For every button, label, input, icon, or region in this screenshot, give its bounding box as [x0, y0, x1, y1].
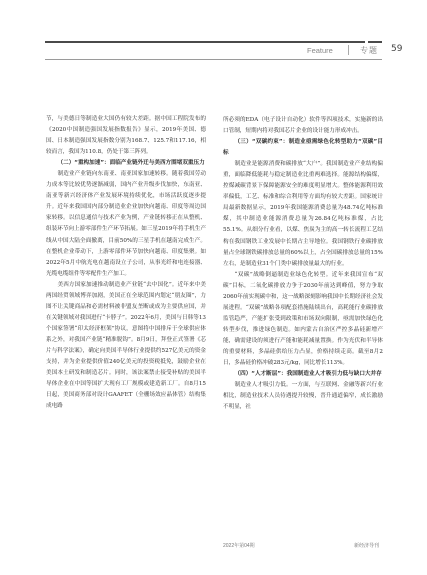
paragraph: 制造业是能源消费和碳排放“大户”。我国制造业产业结构偏重，面临降低能耗与稳定制造… — [223, 159, 383, 269]
paragraph: 节，与美德日等制造业大国仍有较大差距。据中国工程院发布的《2020中国制造强国发… — [46, 114, 206, 158]
header-feature-label: Feature — [307, 46, 333, 55]
section-heading: （二）“重构加速”：面临产业链外迁与美西方围堵双重压力 — [46, 158, 206, 169]
paragraph: 制造业产业链向东南亚、南亚国家加速转移。随着我国劳动力成本等比较优势逐渐减弱，国… — [46, 169, 206, 279]
paragraph: “双碳”战略倒逼制造业绿色化转型。近年来我国宣布“双碳”目标，二氧化碳排放力争于… — [223, 270, 383, 369]
header-rule-accent — [368, 41, 382, 43]
paragraph: 所必须的EDA（电子设计自动化）软件等四项技术，实施新的出口管制，短期内将对我国… — [223, 115, 383, 137]
section-heading: （三）“双碳约束”：制造业亟需绿色化转型助力“双碳”目标 — [223, 137, 383, 159]
right-column: 所必须的EDA（电子设计自动化）软件等四项技术，实施新的出口管制，短期内将对我国… — [223, 115, 383, 413]
header-underline — [45, 59, 382, 60]
header-rule — [45, 41, 365, 43]
page-number: 59 — [391, 44, 402, 54]
footer-issue: 2022年第04期 — [223, 542, 255, 549]
paragraph: 美西方国家加速推动制造业产业链“去中国化”。近年来中美两国经贸领域博弈加剧，美国… — [46, 280, 206, 413]
header-separator — [348, 45, 349, 55]
section-heading: （四）“人才断层”：我国制造业人才吸引力低与缺口大并存 — [223, 369, 383, 380]
footer-journal-name: 新经济导刊 — [354, 542, 379, 549]
left-column: 节，与美德日等制造业大国仍有较大差距。据中国工程院发布的《2020中国制造强国发… — [46, 114, 206, 412]
header-section-label: 专题 — [360, 45, 378, 56]
paragraph: 制造业人才吸引力低。一方面，与互联网、金融等新兴行业相比，制造业技术人员待遇提升… — [223, 380, 383, 413]
